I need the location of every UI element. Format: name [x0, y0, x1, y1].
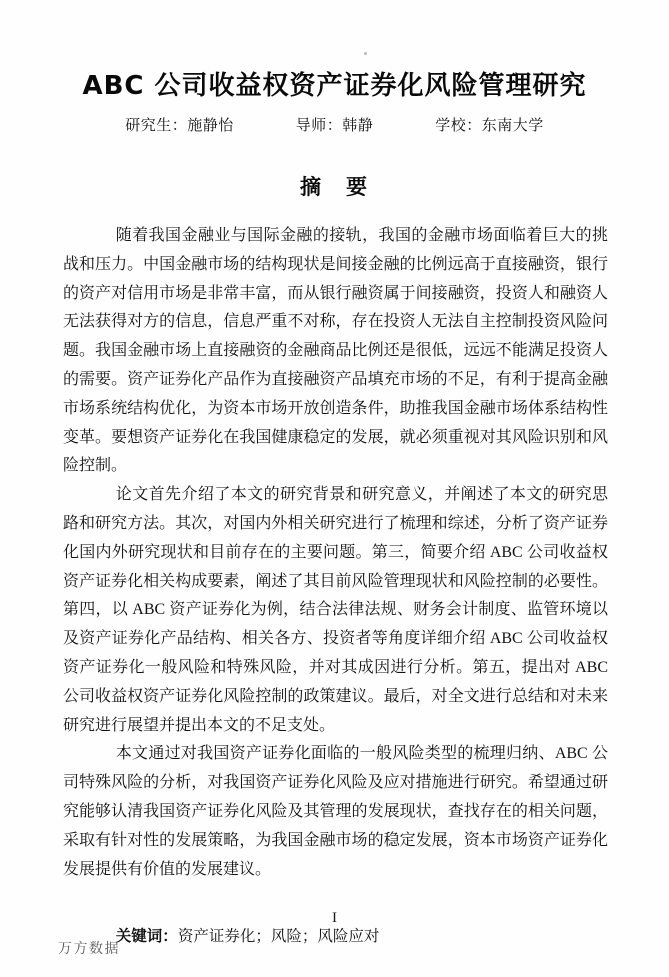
author-student: 研究生：施静怡: [125, 114, 234, 135]
abstract-paragraph-1: 随着我国金融业与国际金融的接轨，我国的金融市场面临着巨大的挑战和压力。中国金融市…: [63, 222, 608, 481]
document-page: ABC 公司收益权资产证券化风险管理研究 研究生：施静怡 导师：韩静 学校：东南…: [0, 0, 669, 977]
author-school: 学校：东南大学: [435, 114, 544, 135]
keywords-label: 关键词：: [116, 927, 178, 945]
watermark-wanfang: 万方数据: [58, 938, 120, 958]
abstract-paragraph-2: 论文首先介绍了本文的研究背景和研究意义，并阐述了本文的研究思路和研究方法。其次，…: [63, 481, 608, 740]
abstract-heading: 摘 要: [0, 171, 669, 201]
scan-speck: [364, 52, 367, 55]
author-advisor: 导师：韩静: [296, 114, 374, 135]
keywords-value: 资产证券化；风险；风险应对: [178, 928, 380, 945]
abstract-paragraph-3: 本文通过对我国资产证券化面临的一般风险类型的梳理归纳、ABC 公司特殊风险的分析…: [63, 740, 608, 884]
abstract-body: 随着我国金融业与国际金融的接轨，我国的金融市场面临着巨大的挑战和压力。中国金融市…: [63, 222, 608, 884]
authors-row: 研究生：施静怡 导师：韩静 学校：东南大学: [0, 114, 669, 135]
thesis-title: ABC 公司收益权资产证券化风险管理研究: [0, 0, 669, 102]
page-number: I: [0, 910, 669, 927]
